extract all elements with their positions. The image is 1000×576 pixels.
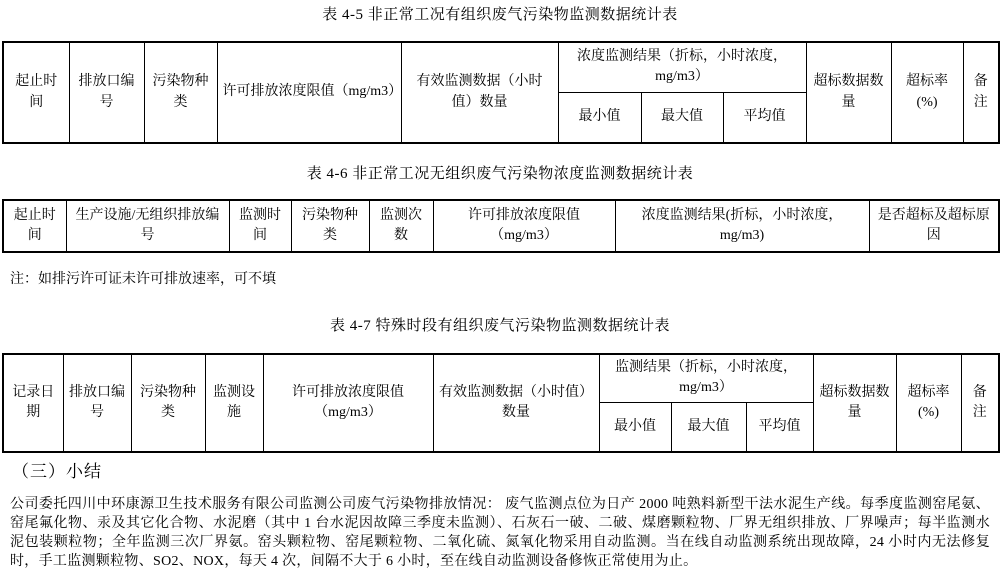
t45-col-exceed-rate: 超标率 (%)	[891, 42, 963, 143]
t45-col-pollutant: 污染物种类	[144, 42, 217, 143]
t47-col-exceed-rate: 超标率 (%)	[896, 354, 961, 452]
t47-col-outlet-no: 排放口编号	[63, 354, 131, 452]
table-4-6: 起止时间 生产设施/无组织排放编号 监测时间 污染物种类 监测次数 许可排放浓度…	[2, 199, 1000, 253]
t45-col-max: 最大值	[641, 92, 723, 143]
table-4-6-note: 注：如排污许可证未许可排放速率，可不填	[2, 271, 998, 288]
t47-col-avg: 平均值	[746, 402, 813, 452]
t47-col-pollutant: 污染物种类	[131, 354, 205, 452]
t46-col-facility-no: 生产设施/无组织排放编号	[66, 200, 229, 252]
t45-col-time-range: 起止时间	[3, 42, 69, 143]
t45-col-min: 最小值	[558, 92, 641, 143]
t46-col-monitor-count: 监测次数	[369, 200, 433, 252]
t47-col-exceed-count: 超标数据数量	[813, 354, 896, 452]
t46-col-time-range: 起止时间	[3, 200, 66, 252]
t46-col-pollutant: 污染物种类	[291, 200, 369, 252]
summary-paragraph: 公司委托四川中环康源卫生技术服务有限公司监测公司废气污染物排放情况： 废气监测点…	[2, 495, 998, 571]
t47-col-remark: 备注	[961, 354, 999, 452]
t45-col-result-group: 浓度监测结果（折标，小时浓度，mg/m3）	[558, 42, 806, 92]
t45-col-exceed-count: 超标数据数量	[806, 42, 891, 143]
t45-col-valid-count: 有效监测数据（小时值）数量	[401, 42, 558, 143]
summary-heading: （三）小结	[2, 461, 998, 482]
t46-col-limit: 许可排放浓度限值（mg/m3）	[433, 200, 615, 252]
table-4-5: 起止时间 排放口编号 污染物种类 许可排放浓度限值（mg/m3） 有效监测数据（…	[2, 41, 1000, 144]
table-4-6-title: 表 4-6 非正常工况无组织废气污染物浓度监测数据统计表	[2, 164, 998, 184]
t47-col-min: 最小值	[599, 402, 671, 452]
t46-col-result: 浓度监测结果(折标，小时浓度，mg/m3)	[615, 200, 869, 252]
t46-col-exceed-reason: 是否超标及超标原因	[869, 200, 999, 252]
t47-col-facility: 监测设施	[205, 354, 263, 452]
t46-col-monitor-time: 监测时间	[229, 200, 291, 252]
document-page: 表 4-5 非正常工况有组织废气污染物监测数据统计表 起止时间 排放口编号 污染…	[0, 0, 1000, 576]
t47-col-record-date: 记录日期	[3, 354, 63, 452]
t45-col-outlet-no: 排放口编号	[69, 42, 144, 143]
table-4-5-title: 表 4-5 非正常工况有组织废气污染物监测数据统计表	[2, 5, 998, 25]
t47-col-limit: 许可排放浓度限值（mg/m3）	[263, 354, 433, 452]
table-4-7-title: 表 4-7 特殊时段有组织废气污染物监测数据统计表	[2, 316, 998, 336]
t47-col-result-group: 监测结果（折标，小时浓度，mg/m3）	[599, 354, 813, 402]
t47-col-max: 最大值	[671, 402, 746, 452]
t45-col-remark: 备注	[963, 42, 999, 143]
table-4-7: 记录日期 排放口编号 污染物种类 监测设施 许可排放浓度限值（mg/m3） 有效…	[2, 353, 1000, 453]
t45-col-avg: 平均值	[723, 92, 806, 143]
t45-col-limit: 许可排放浓度限值（mg/m3）	[217, 42, 401, 143]
t47-col-valid-count: 有效监测数据（小时值）数量	[433, 354, 599, 452]
